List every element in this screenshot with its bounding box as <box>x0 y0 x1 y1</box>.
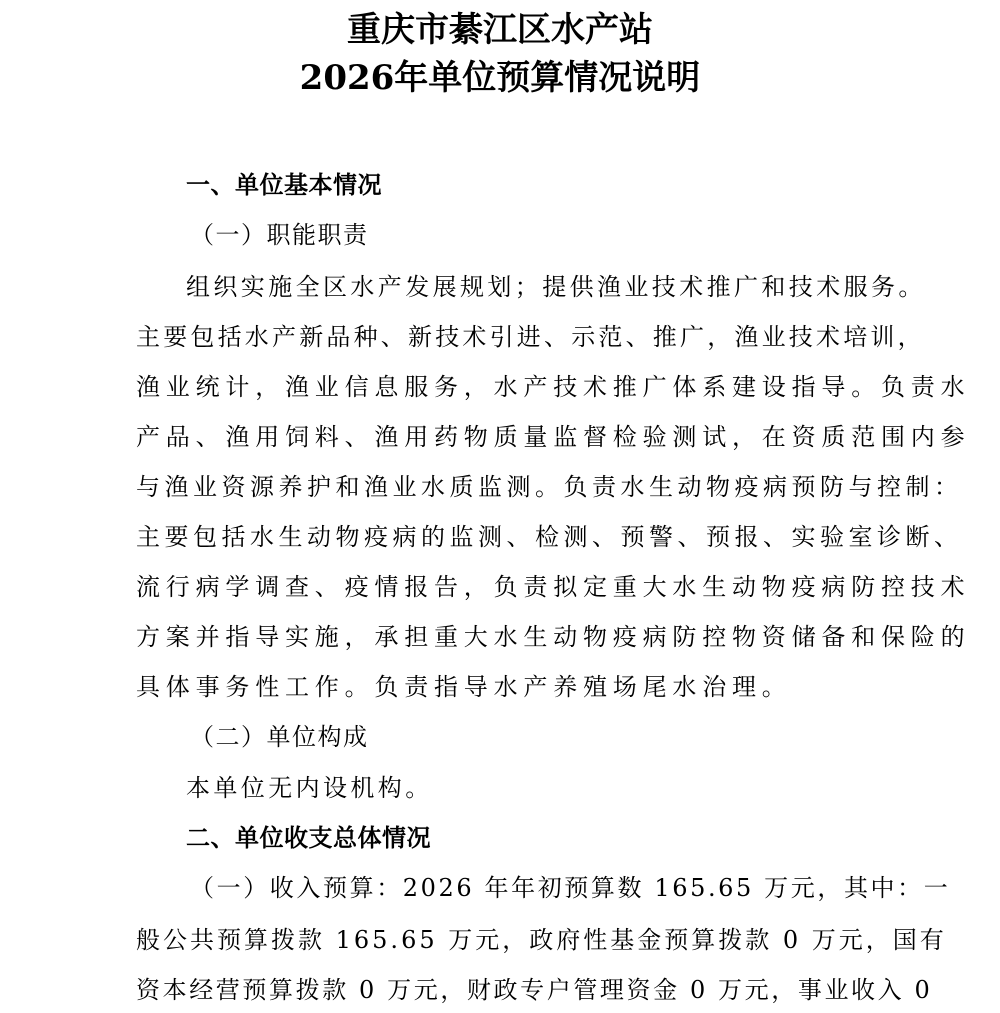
subsection-heading-functions: （一）职能职责 <box>190 220 369 250</box>
document-page: 重庆市綦江区水产站 2026年单位预算情况说明 一、单位基本情况 （一）职能职责… <box>0 0 1000 1013</box>
paragraph-line: 具体事务性工作。负责指导水产养殖场尾水治理。 <box>136 672 792 702</box>
paragraph-line: 般公共预算拨款 165.65 万元，政府性基金预算拨款 0 万元，国有 <box>136 925 947 955</box>
paragraph-line: 与渔业资源养护和渔业水质监测。负责水生动物疫病预防与控制： <box>136 472 963 502</box>
paragraph-line: 主要包括水产新品种、新技术引进、示范、推广，渔业技术培训， <box>136 322 925 352</box>
section-heading-income-expenditure: 二、单位收支总体情况 <box>186 823 431 853</box>
paragraph-line: 产品、渔用饲料、渔用药物质量监督检验测试，在资质范围内参 <box>136 422 970 452</box>
paragraph-line: 资本经营预算拨款 0 万元，财政专户管理资金 0 万元，事业收入 0 <box>136 975 932 1005</box>
paragraph-line: 流行病学调查、疫情报告，负责拟定重大水生动物疫病防控技术 <box>136 572 970 602</box>
paragraph-line: 组织实施全区水产发展规划；提供渔业技术推广和技术服务。 <box>186 272 926 302</box>
document-title-line-1: 重庆市綦江区水产站 <box>0 10 1000 50</box>
paragraph-line: 渔业统计，渔业信息服务，水产技术推广体系建设指导。负责水 <box>136 372 970 402</box>
section-heading-basic-info: 一、单位基本情况 <box>186 170 382 200</box>
document-title-line-2: 2026年单位预算情况说明 <box>0 58 1000 98</box>
paragraph-line: （一）收入预算：2026 年年初预算数 165.65 万元，其中：一 <box>190 873 950 903</box>
paragraph-line: 本单位无内设机构。 <box>186 773 433 803</box>
paragraph-line: 方案并指导实施，承担重大水生动物疫病防控物资储备和保险的 <box>136 622 970 652</box>
paragraph-line: 主要包括水生动物疫病的监测、检测、预警、预报、实验室诊断、 <box>136 522 963 552</box>
subsection-heading-structure: （二）单位构成 <box>190 722 369 752</box>
